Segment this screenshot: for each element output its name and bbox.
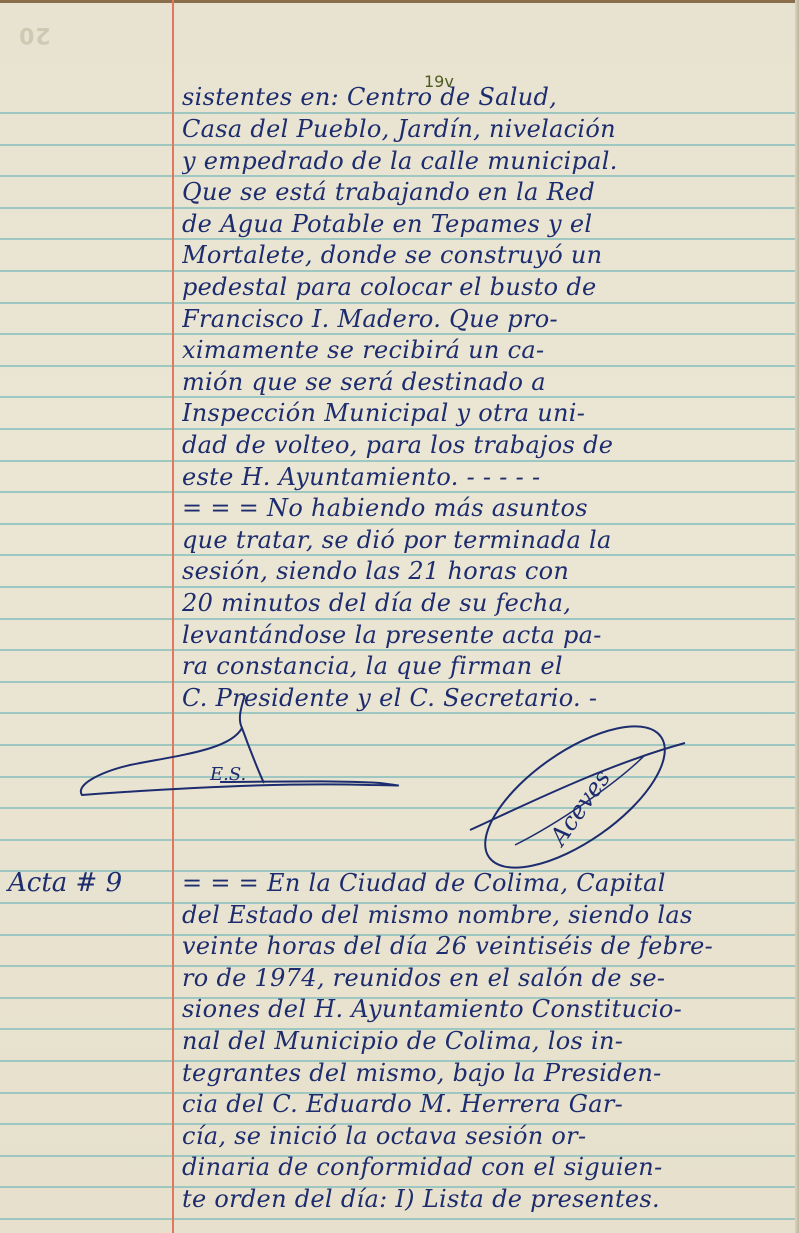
text-line: nal del Municipio de Colima, los in- [182,1026,782,1056]
presidente-signature: E.S. [70,690,450,800]
page-top-edge [0,0,799,3]
text-line: Francisco I. Madero. Que pro- [182,304,782,334]
text-line: del Estado del mismo nombre, siendo las [182,900,782,930]
text-line: pedestal para colocar el busto de [182,272,782,302]
text-line: tegrantes del mismo, bajo la Presiden- [182,1058,782,1088]
text-line: ra constancia, la que firman el [182,651,782,681]
text-line: te orden del día: I) Lista de presentes. [182,1184,782,1214]
page-right-edge [795,0,799,1233]
text-line: dinaria de conformidad con el siguien- [182,1152,782,1182]
text-line: dad de volteo, para los trabajos de [182,430,782,460]
page-number-stamp: 20 [18,22,51,47]
text-line: este H. Ayuntamiento. - - - - - [182,462,782,492]
text-line: de Agua Potable en Tepames y el [182,209,782,239]
text-line: y empedrado de la calle municipal. [182,146,782,176]
ledger-page: 20 19v sistentes en: Centro de Salud, Ca… [0,0,799,1233]
text-line: ro de 1974, reunidos en el salón de se- [182,963,782,993]
svg-text:E.S.: E.S. [209,764,246,785]
text-line: cia del C. Eduardo M. Herrera Gar- [182,1089,782,1119]
text-line: levantándose la presente acta pa- [182,620,782,650]
red-margin-line [172,0,174,1233]
text-line: sesión, siendo las 21 horas con [182,556,782,586]
svg-text:Aceves: Aceves [543,764,616,851]
text-line: que tratar, se dió por terminada la [182,525,782,555]
text-line: mión que se será destinado a [182,367,782,397]
text-line: = = = En la Ciudad de Colima, Capital [182,868,782,898]
text-line: ximamente se recibirá un ca- [182,335,782,365]
text-line: Mortalete, donde se construyó un [182,240,782,270]
text-line: Casa del Pueblo, Jardín, nivelación [182,114,782,144]
text-line: = = = No habiendo más asuntos [182,493,782,523]
text-line: veinte horas del día 26 veintiséis de fe… [182,931,782,961]
secretario-signature: Aceves [465,725,705,875]
acta-number-label: Acta # 9 [8,868,122,898]
text-line: sistentes en: Centro de Salud, [182,82,782,112]
text-line: cía, se inició la octava sesión or- [182,1121,782,1151]
text-line: siones del H. Ayuntamiento Constitucio- [182,994,782,1024]
text-line: Inspección Municipal y otra uni- [182,398,782,428]
rule-line [0,1218,795,1220]
text-line: Que se está trabajando en la Red [182,177,782,207]
text-line: 20 minutos del día de su fecha, [182,588,782,618]
